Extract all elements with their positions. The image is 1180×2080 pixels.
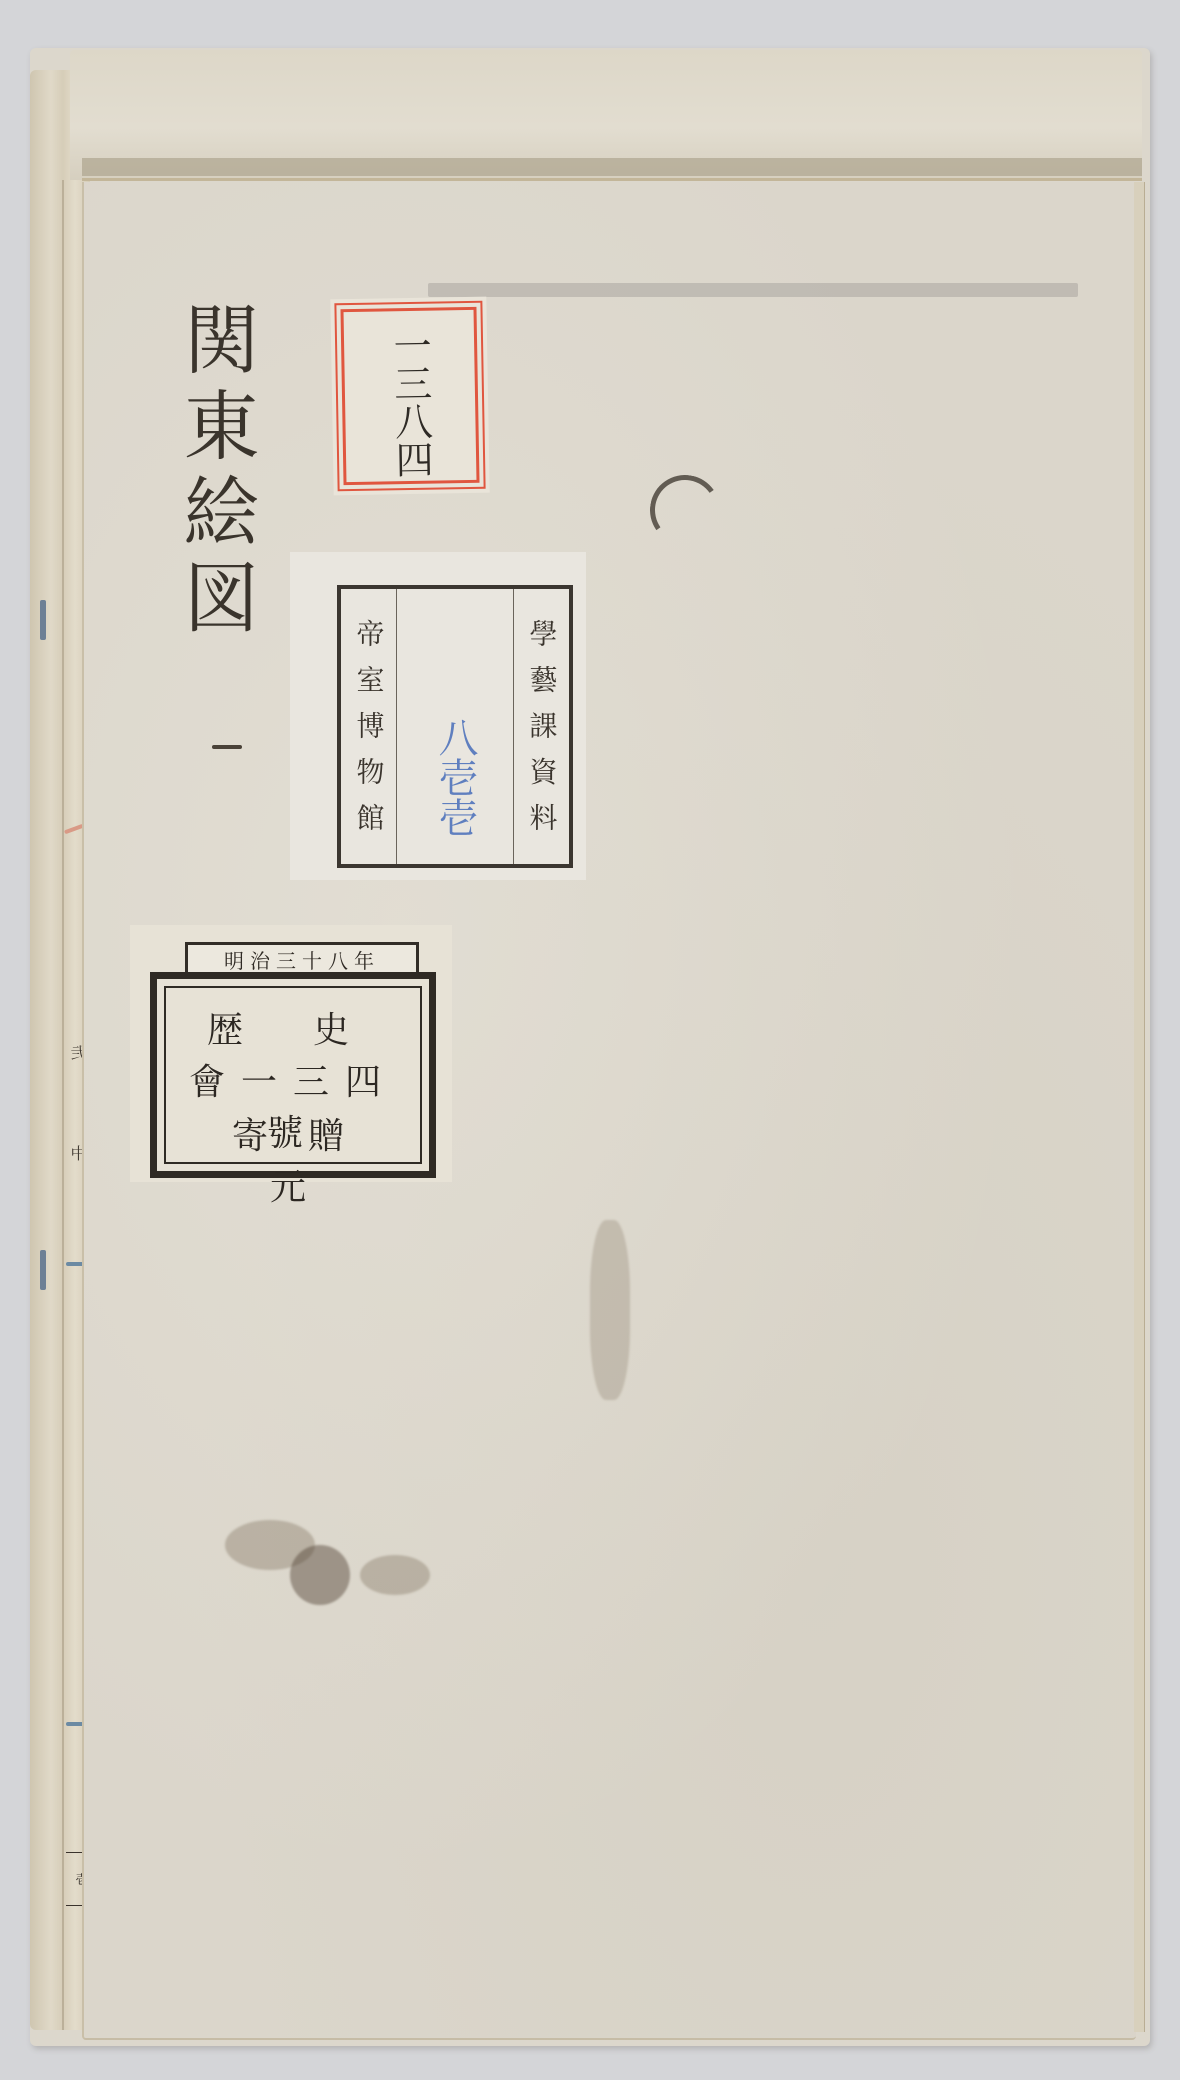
stain [590, 1220, 630, 1400]
spine-blue-mark [40, 600, 46, 640]
cover-fold-stripe [82, 158, 1142, 176]
museum-label-stamp: 八壱壱 [397, 589, 513, 864]
stain [360, 1555, 430, 1595]
volume-mark [212, 745, 242, 749]
red-catalog-label: 一三八四 [330, 297, 489, 496]
museum-label-institution: 帝室博物館 [341, 589, 397, 864]
donation-row-donated: 寄贈 元 [166, 1108, 420, 1210]
museum-label-box: 學藝課資料 八壱壱 帝室博物館 [337, 585, 573, 868]
stain [290, 1545, 350, 1605]
catalog-number: 一三八四 [379, 325, 442, 478]
spine-fold-line [62, 180, 64, 2030]
donation-label-inner-frame: 歴史 會一三四號 寄贈 元 [164, 986, 422, 1164]
imperial-museum-label: 學藝課資料 八壱壱 帝室博物館 [290, 552, 586, 880]
museum-label-department: 學藝課資料 [513, 589, 569, 864]
cover-fold-line [82, 178, 1142, 181]
donation-label-outer-frame: 歴史 會一三四號 寄贈 元 [150, 972, 436, 1178]
faded-title-rule [428, 283, 1078, 297]
donation-row-history: 歴史 [166, 1002, 420, 1053]
spine-blue-mark [40, 1250, 46, 1290]
handwritten-title: 関東絵図 [165, 300, 265, 644]
donation-label: 明治三十八年 歴史 會一三四號 寄贈 元 [130, 925, 452, 1182]
cover-right-edge [1134, 182, 1145, 2032]
